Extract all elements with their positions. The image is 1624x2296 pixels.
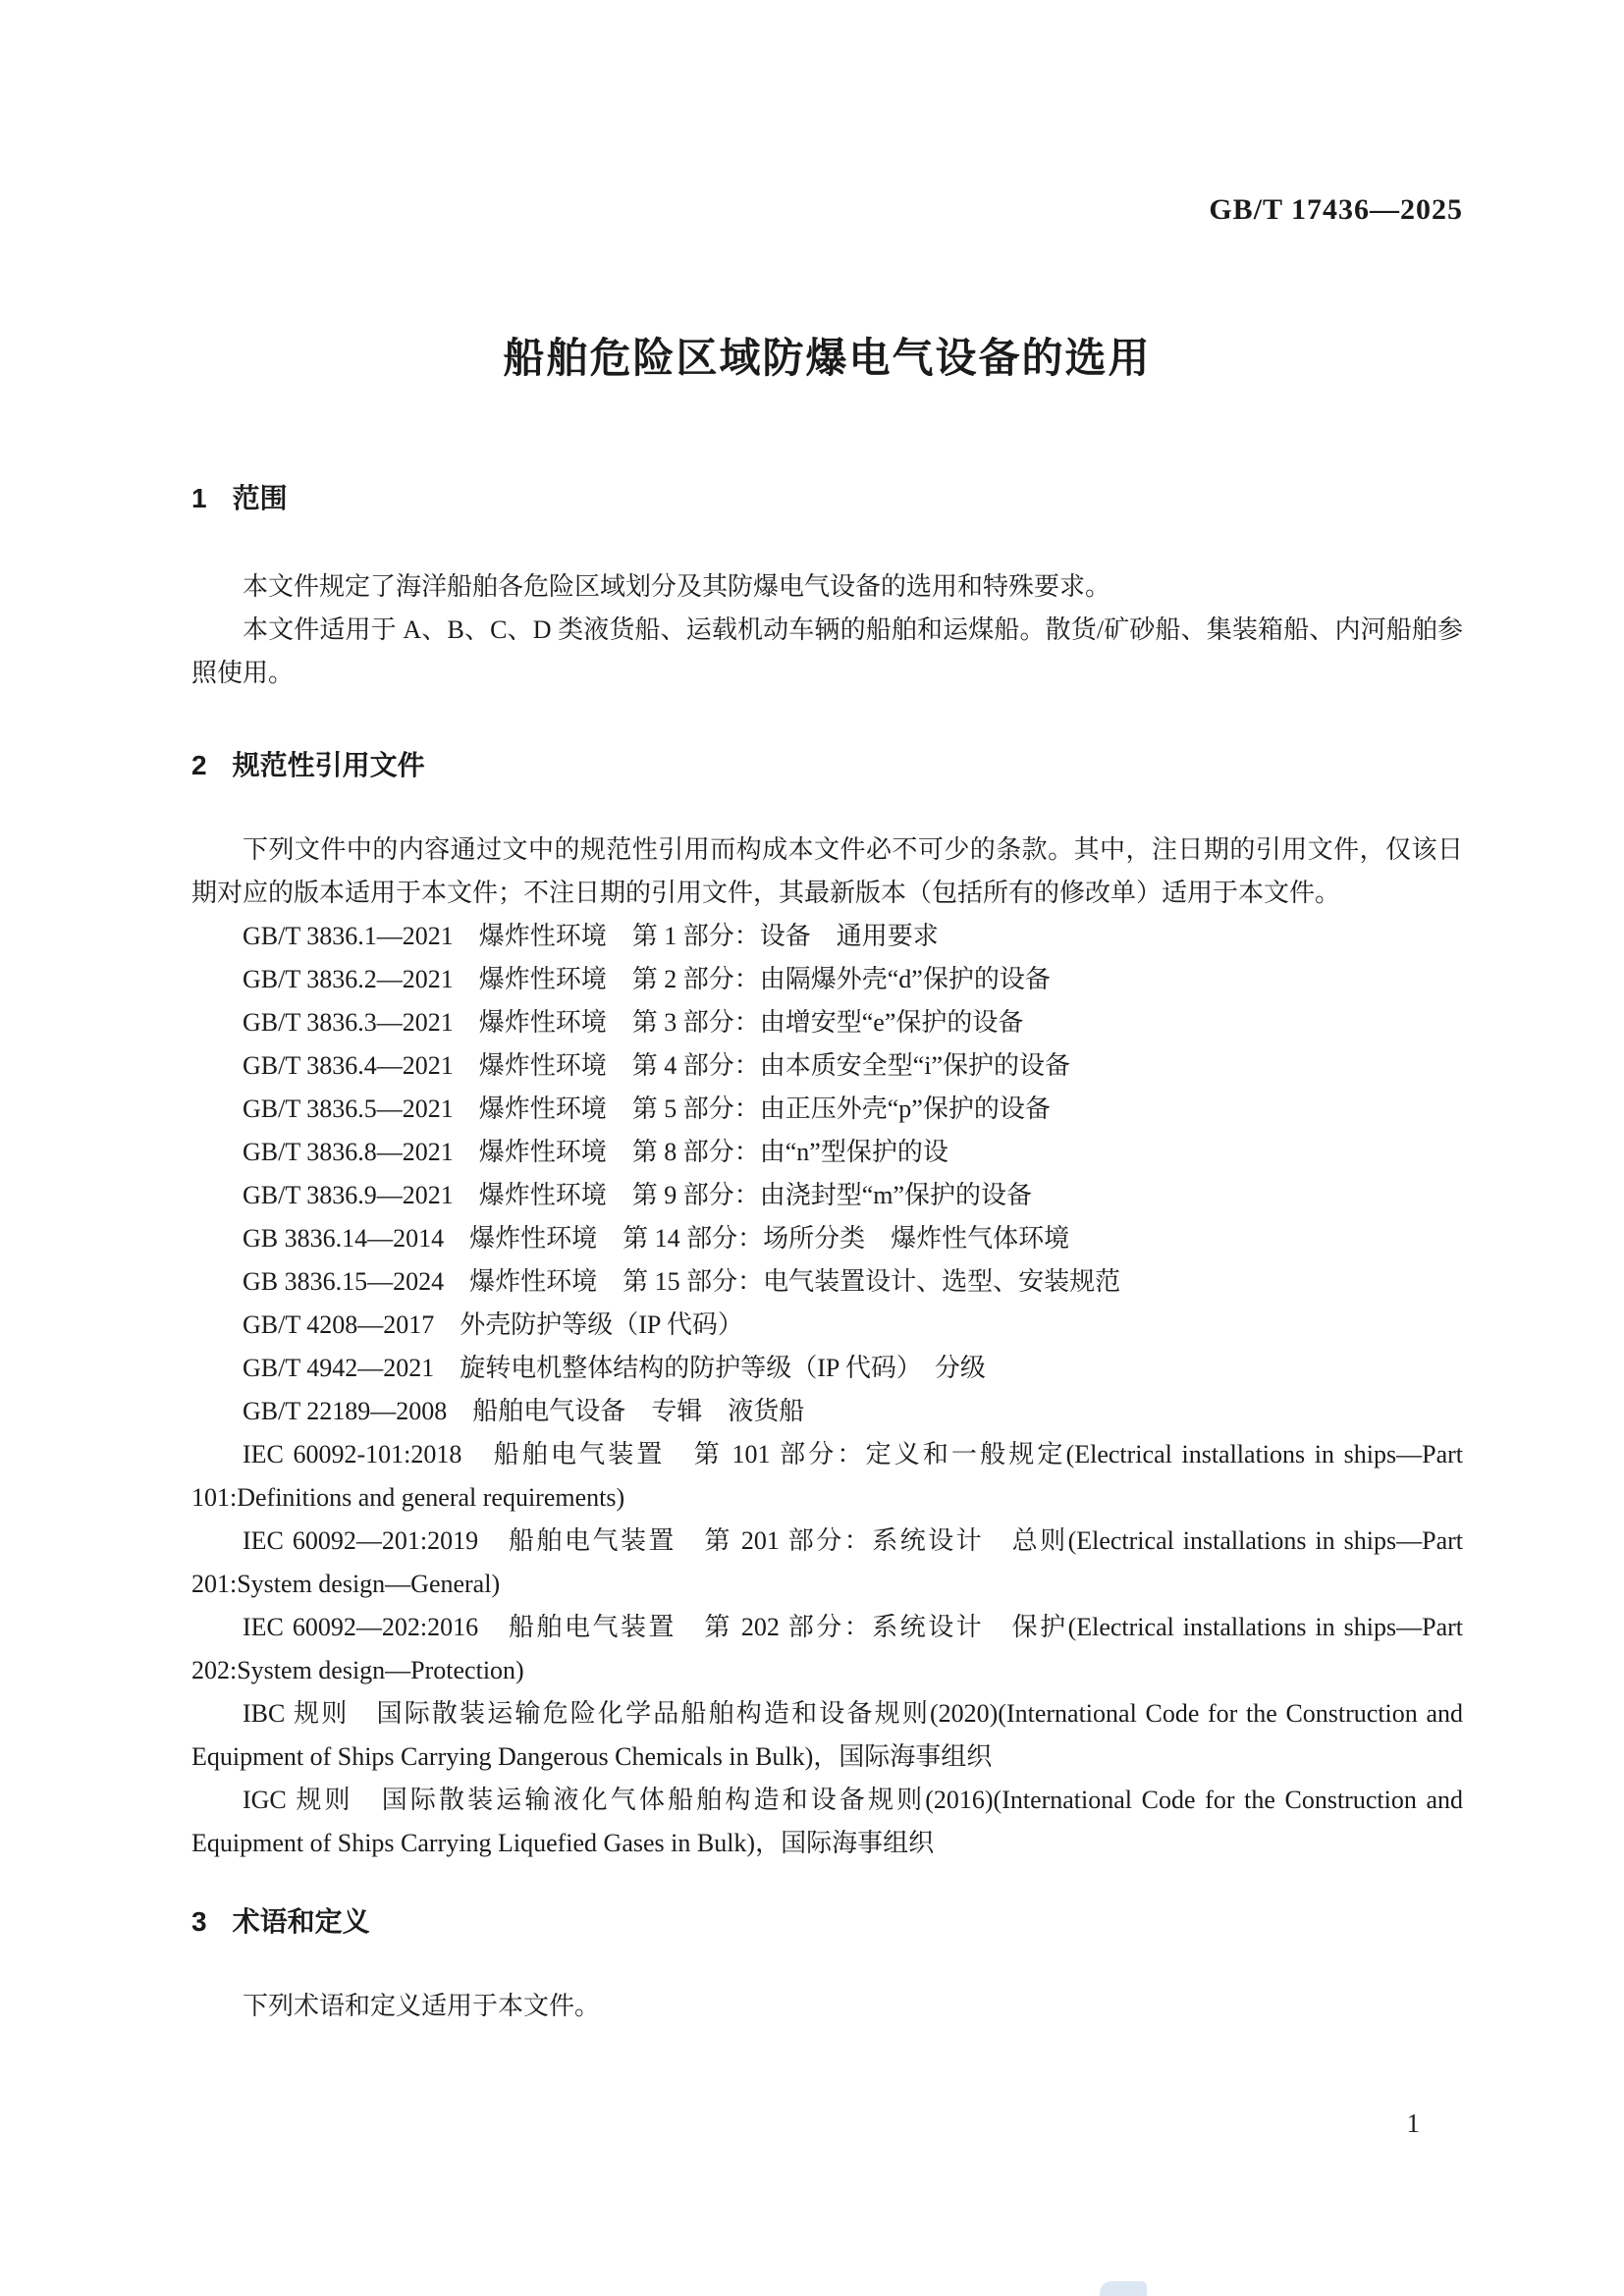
section-3-label: 术语和定义 xyxy=(233,1906,370,1937)
page-number: 1 xyxy=(1407,2109,1421,2139)
doc-code: GB/T 17436—2025 xyxy=(1209,193,1463,226)
section-1-heading: 1范围 xyxy=(191,477,1463,520)
reference-item: GB/T 3836.9—2021 爆炸性环境 第 9 部分：由浇封型“m”保护的… xyxy=(191,1174,1463,1217)
doc-title: 船舶危险区域防爆电气设备的选用 xyxy=(191,326,1463,385)
doc-code-header: GB/T 17436—2025 xyxy=(191,193,1463,227)
section-2-heading: 2规范性引用文件 xyxy=(191,744,1463,787)
reference-item: GB/T 22189—2008 船舶电气设备 专辑 液货船 xyxy=(191,1390,1463,1433)
reference-item: GB/T 3836.3—2021 爆炸性环境 第 3 部分：由增安型“e”保护的… xyxy=(191,1001,1463,1044)
reference-item: GB/T 3836.1—2021 爆炸性环境 第 1 部分：设备 通用要求 xyxy=(191,915,1463,958)
reference-item: GB/T 3836.5—2021 爆炸性环境 第 5 部分：由正压外壳“p”保护… xyxy=(191,1088,1463,1131)
section-3-heading: 3术语和定义 xyxy=(191,1900,1463,1944)
reference-item: IBC 规则 国际散装运输危险化学品船舶构造和设备规则(2020)(Intern… xyxy=(191,1692,1463,1779)
section-2-number: 2 xyxy=(191,744,207,787)
reference-item: GB/T 3836.2—2021 爆炸性环境 第 2 部分：由隔爆外壳“d”保护… xyxy=(191,958,1463,1001)
scope-paragraph-2: 本文件适用于 A、B、C、D 类液货船、运载机动车辆的船舶和运煤船。散货/矿砂船… xyxy=(191,609,1463,695)
reference-item: IGC 规则 国际散装运输液化气体船舶构造和设备规则(2016)(Interna… xyxy=(191,1779,1463,1865)
reference-item: GB 3836.15—2024 爆炸性环境 第 15 部分：电气装置设计、选型、… xyxy=(191,1260,1463,1304)
scope-paragraph-1: 本文件规定了海洋船舶各危险区域划分及其防爆电气设备的选用和特殊要求。 xyxy=(191,565,1463,609)
reference-item: GB/T 4208—2017 外壳防护等级（IP 代码） xyxy=(191,1304,1463,1347)
section-3-number: 3 xyxy=(191,1900,207,1944)
reference-item: GB/T 3836.4—2021 爆炸性环境 第 4 部分：由本质安全型“i”保… xyxy=(191,1044,1463,1088)
reference-item: IEC 60092-101:2018 船舶电气装置 第 101 部分：定义和一般… xyxy=(191,1433,1463,1520)
section-1-number: 1 xyxy=(191,477,207,520)
terms-intro-paragraph: 下列术语和定义适用于本文件。 xyxy=(191,1985,1463,2028)
section-2-label: 规范性引用文件 xyxy=(233,750,425,780)
normative-references-intro: 下列文件中的内容通过文中的规范性引用而构成本文件必不可少的条款。其中，注日期的引… xyxy=(191,828,1463,915)
reference-item: IEC 60092—202:2016 船舶电气装置 第 202 部分：系统设计 … xyxy=(191,1606,1463,1692)
reference-item: GB/T 4942—2021 旋转电机整体结构的防护等级（IP 代码） 分级 xyxy=(191,1347,1463,1390)
reference-item: IEC 60092—201:2019 船舶电气装置 第 201 部分：系统设计 … xyxy=(191,1520,1463,1606)
watermark-fragment xyxy=(1100,2281,1147,2296)
document-body: 1范围 本文件规定了海洋船舶各危险区域划分及其防爆电气设备的选用和特殊要求。 本… xyxy=(191,477,1463,2028)
reference-item: GB 3836.14—2014 爆炸性环境 第 14 部分：场所分类 爆炸性气体… xyxy=(191,1217,1463,1260)
document-page: GB/T 17436—2025 船舶危险区域防爆电气设备的选用 1范围 本文件规… xyxy=(0,0,1624,2296)
section-1-label: 范围 xyxy=(233,483,288,513)
reference-item: GB/T 3836.8—2021 爆炸性环境 第 8 部分：由“n”型保护的设 xyxy=(191,1131,1463,1174)
